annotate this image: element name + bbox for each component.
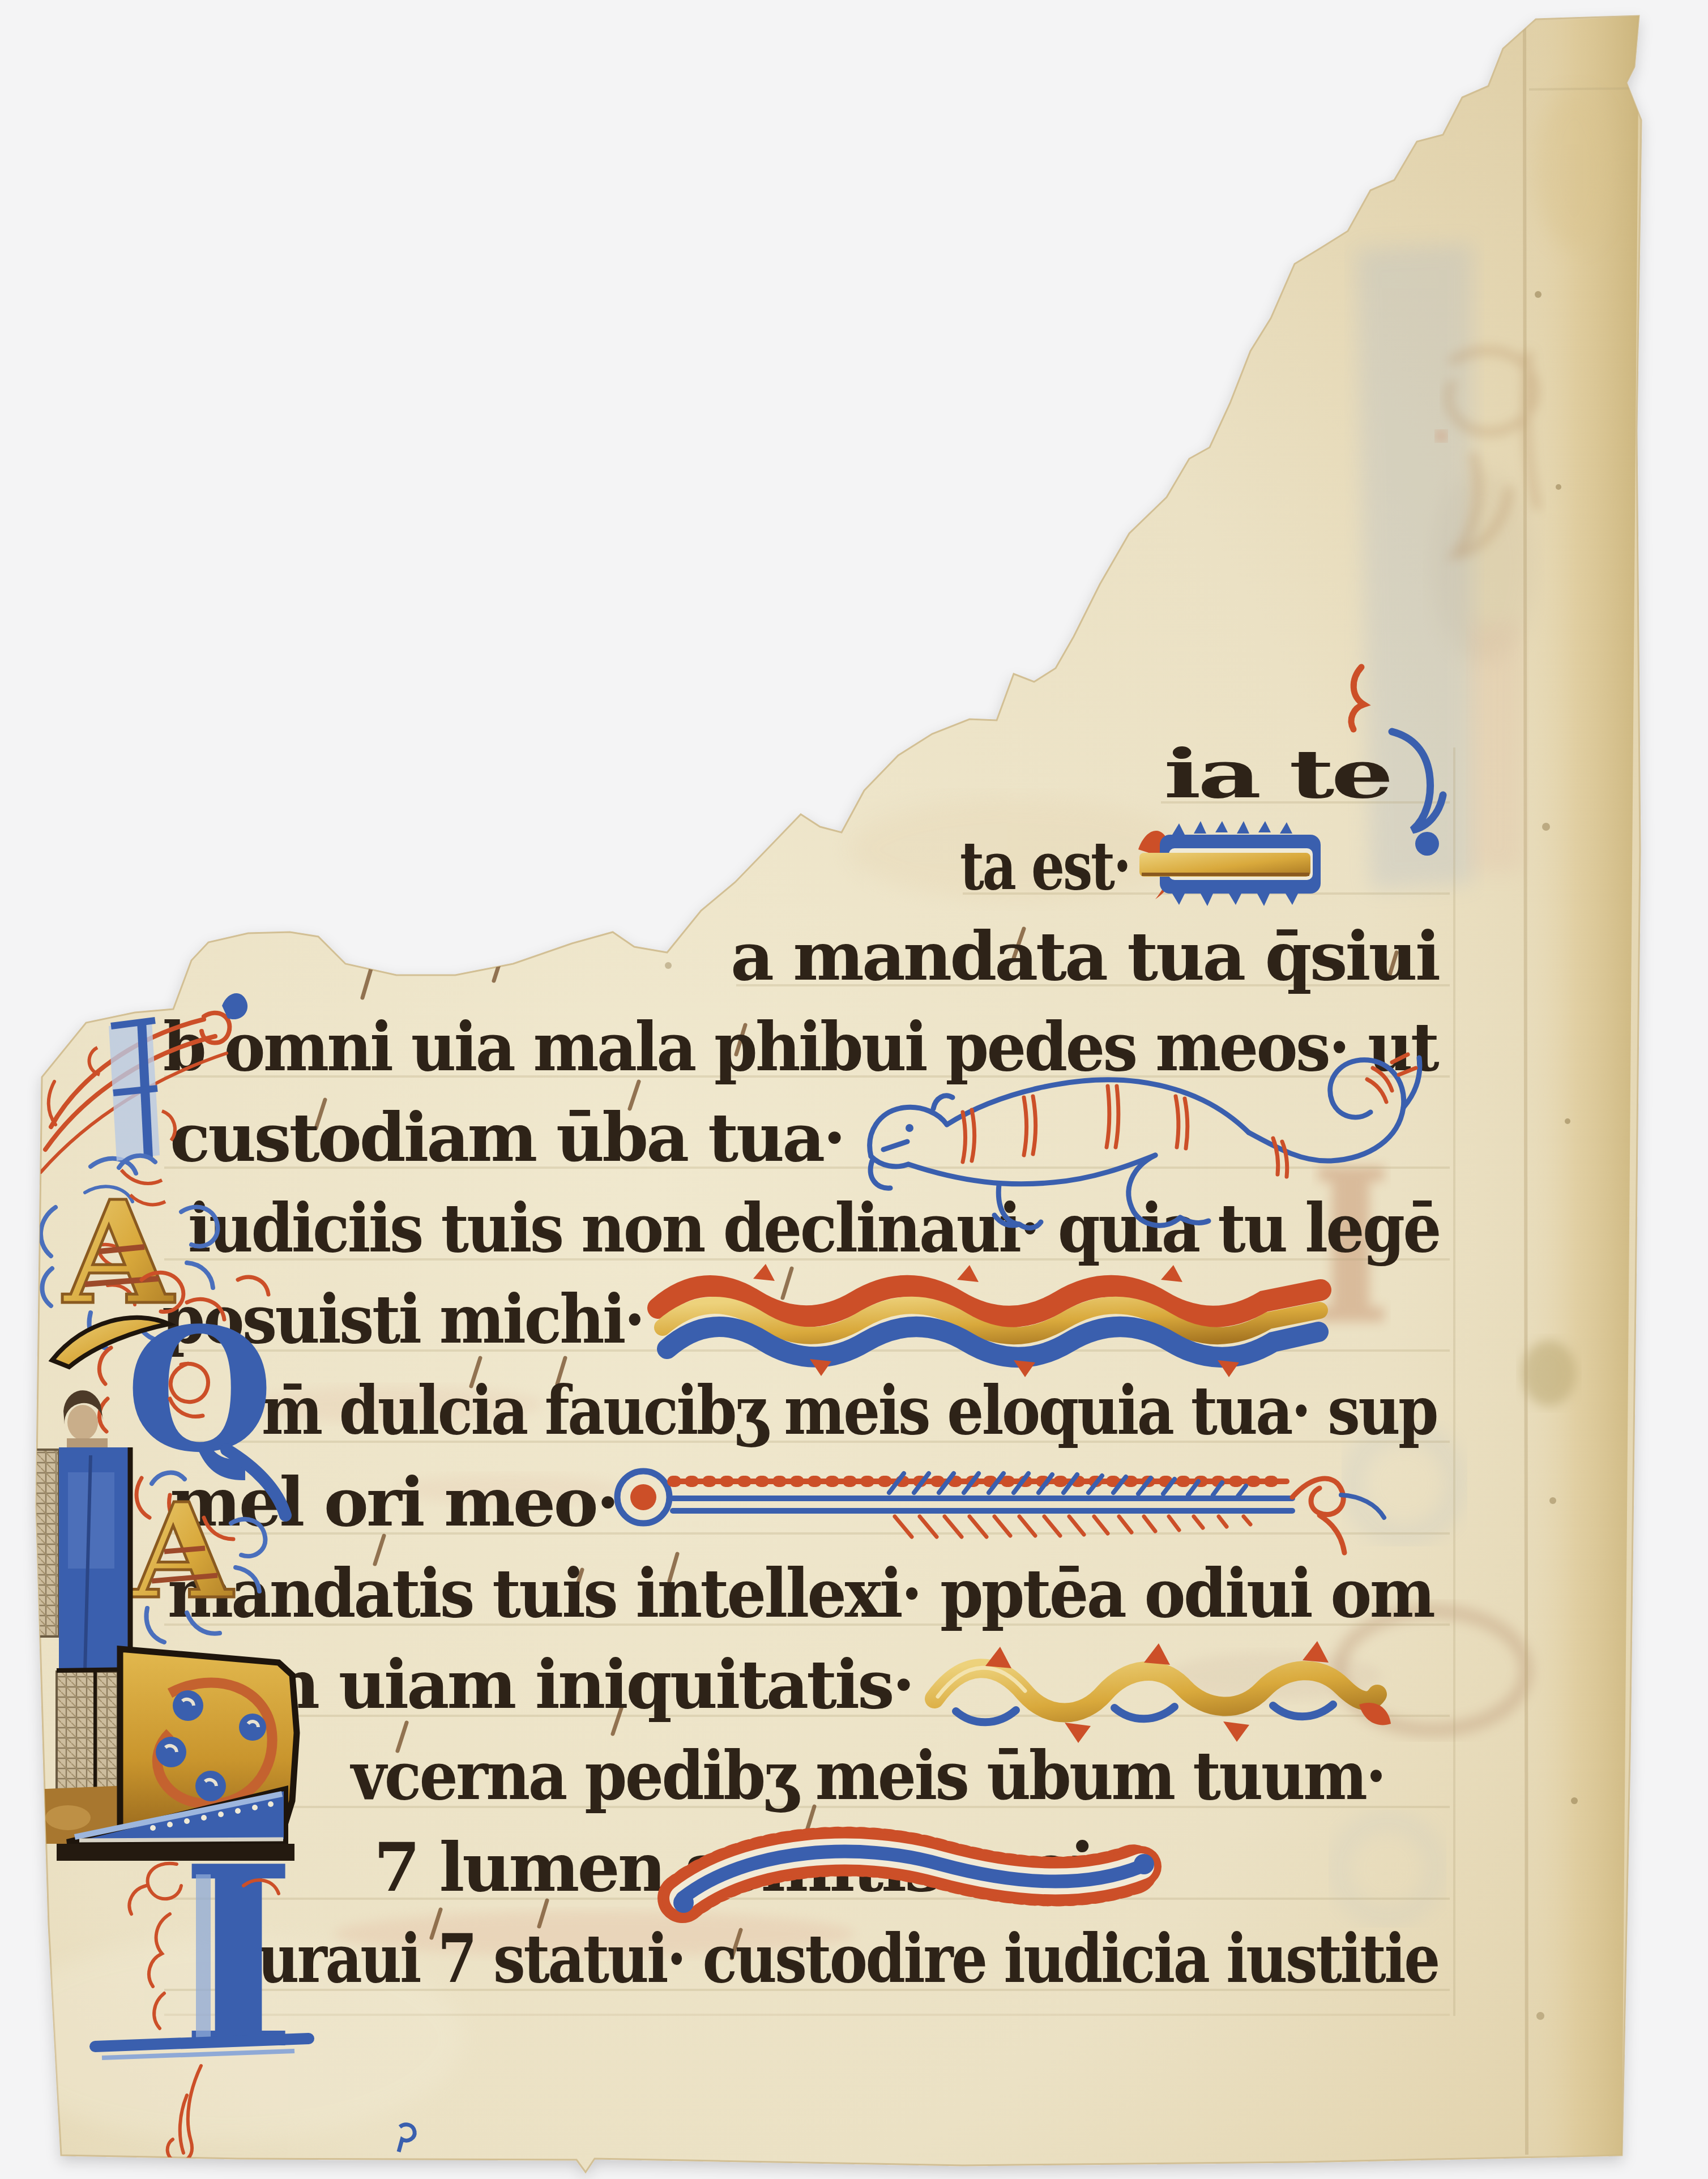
- text-line-1: ia te: [1164, 734, 1390, 813]
- text-line-5: custodiam ūba tua·: [170, 1098, 844, 1177]
- text-line-12: vcerna pedibʒ meis ūbum tuum·: [349, 1736, 1385, 1815]
- fold-crease: [1525, 23, 1527, 2155]
- manuscript-scan: ia te ta est· a mandata tua q̄siui b omn…: [0, 0, 1708, 2179]
- text-line-3: a mandata tua q̄siui: [731, 917, 1439, 995]
- text-line-6: iudiciis tuis non declinaui· quia tu leg…: [188, 1189, 1440, 1267]
- knight-face: [67, 1405, 98, 1440]
- text-line-14: uraui 7 statui· custodire iudicia iustit…: [258, 1919, 1438, 1998]
- text-line-10: mandatis tuis intellexi· pptēa odiui om: [168, 1554, 1434, 1633]
- text-line-8: m̄ dulcia faucibʒ meis eloquia tua· sup: [262, 1371, 1437, 1450]
- right-fold-strip: [1523, 16, 1639, 2159]
- text-line-2: ta est·: [960, 826, 1130, 905]
- text-line-4: b omni uia mala phibui pedes meos· ut: [163, 1007, 1439, 1086]
